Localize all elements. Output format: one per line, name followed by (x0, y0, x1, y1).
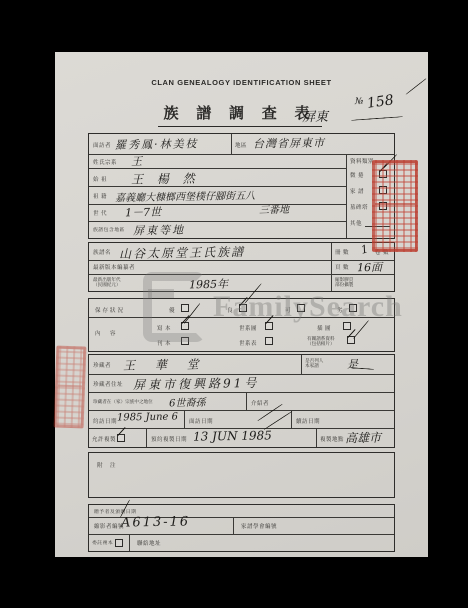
origin-label: 祖 籍 (93, 192, 107, 200)
category-option-microfilm-label: 微 捲 (350, 171, 364, 179)
book-info-table: 族譜名 山谷太原堂王氏族譜 冊 數 1 卷 數 最新版本編纂者 頁 數 16面 … (88, 242, 395, 292)
holder-position-value: 6世裔孫 (169, 394, 206, 410)
scanned-document-viewport: CLAN GENEALOGY IDENTIFICATION SHEET 族 譜 … (0, 0, 468, 608)
table-rule (146, 428, 147, 447)
holder-info-table: 珍藏者 王 華 堂 是否列人本家譜 是 珍藏者住址 屏東市復興路91号 珍藏者在… (88, 354, 395, 448)
copy-date-label: 預約複製日期 (151, 435, 187, 443)
donor-label: 贈予者及頒贈日期 (94, 508, 136, 515)
table-rule (346, 154, 347, 238)
copy-request-checkbox (115, 539, 123, 547)
interviewer-value: 羅秀鳳·林美枝 (115, 135, 199, 152)
pen-underline-stroke (351, 116, 403, 121)
book-title-value: 山谷太原堂王氏族譜 (119, 243, 245, 262)
familysearch-text-watermark: FamilySearch (213, 290, 403, 324)
familysearch-logo-watermark (143, 272, 205, 342)
survey-info-table: 面訪者 羅秀鳳·林美枝 地區 台灣省屏東市 姓氏宗系 王 始 祖 王 楊 然 祖… (88, 133, 395, 239)
table-rule (89, 274, 394, 275)
copy-place-value: 高雄市 (345, 429, 381, 447)
surname-value: 王 (131, 153, 142, 169)
sheet-number-prefix: № (355, 97, 364, 107)
table-rule (231, 134, 232, 154)
surname-label: 姓氏宗系 (93, 158, 117, 166)
introducer-label: 介紹者 (251, 399, 269, 407)
table-rule (129, 534, 130, 551)
origin-value-continued: 三番地 (259, 201, 289, 217)
logo-bar (148, 289, 174, 298)
table-rule (246, 392, 247, 410)
form-chinese-title: 族 譜 調 查 表 (158, 102, 322, 127)
condition-label: 保存狀況 (95, 306, 125, 314)
copy-permission-label: 允許複製 (92, 435, 116, 443)
content-illustrations-label: 插 圖 (317, 324, 331, 332)
content-pedigree-table-checkbox (265, 337, 273, 345)
coverage-label: 族譜包含地區 (93, 226, 125, 233)
handwritten-region-note: 屏東 (302, 106, 328, 125)
volumes-label: 冊 數 (335, 248, 349, 256)
ancestor-label: 始 祖 (93, 175, 107, 183)
region-value: 台灣省屏東市 (253, 134, 325, 151)
copy-permission-checkbox (117, 434, 125, 442)
copy-date-value: 13 JUN 1985 (193, 428, 272, 443)
compiler-label: 最新版本編纂者 (93, 263, 135, 271)
copy-place-label: 複製地點 (320, 435, 344, 443)
handwritten-sheet-number: 158 (366, 92, 395, 112)
holder-name-label: 珍藏者 (93, 361, 111, 369)
ancestor-value: 王 楊 然 (131, 169, 200, 187)
origin-value: 嘉義廳大槺榔西堡樸仔腳街五八 (115, 187, 255, 204)
generations-value: 1－7世 (125, 204, 161, 221)
red-archive-seal-right (372, 160, 418, 252)
pages-label: 頁 數 (335, 263, 349, 271)
content-label: 內 容 (95, 329, 120, 337)
holder-name-value: 王 華 堂 (123, 355, 207, 373)
table-rule (184, 410, 185, 428)
table-rule (89, 221, 346, 222)
table-rule (233, 517, 234, 534)
table-rule (89, 534, 394, 535)
interview-date-label: 面訪日期 (189, 417, 213, 425)
coverage-value: 屏東等地 (133, 222, 185, 239)
red-archive-seal-left (54, 346, 87, 429)
visit-date-label: 約訪日期 (93, 417, 117, 425)
category-option-tomb-label: 墓碑塔 (350, 203, 368, 211)
genealogy-form-page: CLAN GENEALOGY IDENTIFICATION SHEET 族 譜 … (55, 52, 428, 557)
table-rule (331, 243, 332, 291)
category-label: 資料類別 (350, 157, 374, 165)
category-other-label: 其他 (350, 219, 362, 227)
content-related-material-sublabel: （包括相片） (307, 341, 335, 346)
content-pedigree-chart-label: 世系圖 (239, 324, 257, 332)
listed-in-book-value: 是 (347, 356, 358, 372)
footer-table: 贈予者及頒贈日期 縮影者編號 A613-16 家譜學會編號 委託複本 聯絡地址 (88, 504, 395, 552)
contact-address-label: 聯絡地址 (137, 539, 161, 547)
pages-value: 16面 (357, 259, 382, 275)
microfilm-sublabel: 部份攝製 (335, 282, 353, 287)
listed-in-book-label2: 本家譜 (305, 363, 319, 368)
seal-divider (58, 385, 82, 388)
holder-address-label: 珍藏者住址 (93, 380, 123, 388)
pubyear-sublabel: （民國紀元） (93, 282, 121, 287)
film-number-label: 縮影者編號 (94, 522, 124, 530)
interviewer-label: 面訪者 (93, 141, 111, 149)
form-english-title: CLAN GENEALOGY IDENTIFICATION SHEET (55, 78, 428, 87)
table-rule (89, 410, 394, 411)
copy-request-label: 委託複本 (92, 539, 113, 546)
film-number-value: A613-16 (121, 514, 190, 530)
region-label: 地區 (235, 141, 247, 149)
volumes-value: 1 (360, 242, 370, 256)
content-pedigree-table-label: 世系表 (239, 339, 257, 347)
book-title-label: 族譜名 (93, 248, 111, 256)
table-rule (291, 410, 292, 428)
revisit-date-label: 續訪日期 (296, 417, 320, 425)
holder-position-label: 珍藏者在（家）宗族中之地位 (93, 399, 153, 404)
notes-box: 附 注 (88, 452, 395, 498)
table-rule (316, 428, 317, 447)
table-rule (89, 168, 346, 169)
seal-divider (375, 203, 415, 205)
generations-label: 世 代 (93, 209, 107, 217)
visit-date-value: 1985 June 6 (117, 411, 178, 423)
table-rule (301, 355, 302, 374)
category-option-family-book-label: 家 譜 (350, 187, 364, 195)
notes-label: 附 注 (97, 461, 119, 469)
holder-address-value: 屏東市復興路91号 (133, 374, 260, 393)
society-number-label: 家譜學會編號 (241, 522, 277, 530)
